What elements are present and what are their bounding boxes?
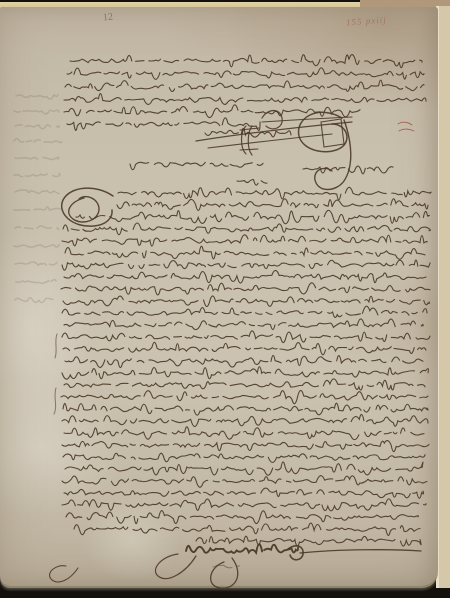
handwriting-line [64, 379, 425, 390]
bleed-through-line [14, 207, 60, 210]
bleed-through-line [14, 245, 59, 247]
handwriting-line [117, 199, 428, 211]
manuscript-scan: 12 155 pxiij [0, 0, 450, 598]
handwriting-line [64, 488, 424, 498]
signature-rule-line [300, 550, 421, 553]
handwriting-line [64, 270, 426, 283]
handwriting-line [66, 511, 418, 524]
handwriting-line [62, 235, 427, 246]
red-marginal-note [398, 122, 414, 131]
handwriting-line [63, 296, 430, 307]
margin-mark-1 [55, 334, 57, 358]
handwriting-line [62, 260, 430, 270]
handwriting-line [64, 319, 423, 330]
handwriting-line [67, 118, 260, 131]
handwriting-line [74, 523, 420, 535]
bleed-through-line [14, 173, 60, 176]
handwriting-line [63, 403, 428, 415]
bleed-through-line [15, 226, 59, 229]
handwriting-line [67, 68, 424, 79]
handwriting-line [70, 55, 422, 68]
signature-left-flourish [50, 566, 78, 582]
handwriting-line [65, 80, 424, 91]
handwriting-layer [0, 0, 450, 598]
handwriting-line [64, 94, 426, 105]
handwriting-line [64, 427, 424, 440]
handwriting-line [63, 453, 425, 462]
handwriting-line [63, 342, 426, 354]
handwriting-line [65, 462, 423, 475]
handwriting-line [196, 536, 421, 546]
handwriting-line [62, 367, 428, 380]
handwriting-line [65, 246, 425, 259]
handwriting-line [62, 306, 427, 317]
handwriting-line [64, 105, 360, 118]
margin-mark-2 [54, 388, 56, 414]
handwriting-line [62, 331, 430, 343]
bleed-through-line [15, 157, 59, 159]
bleed-through-line [14, 110, 59, 114]
handwriting-line [63, 223, 430, 235]
handwriting-line [237, 180, 267, 186]
bleed-through-line [16, 95, 58, 99]
paraph-vertical-2 [248, 126, 252, 155]
signature-stroke [186, 544, 298, 553]
handwriting-line [62, 499, 426, 511]
handwriting-line [62, 476, 427, 488]
bleed-through-line [15, 262, 57, 265]
signature-descender-loop-2 [155, 554, 196, 579]
handwriting-line [76, 210, 429, 224]
handwriting-line [118, 187, 431, 199]
bleed-through-line [15, 125, 59, 129]
handwriting-line [61, 283, 430, 295]
bleed-through-line [16, 280, 56, 284]
handwriting-line [62, 441, 429, 452]
signature-descender-loop-1 [211, 558, 238, 588]
bleed-through-line [15, 298, 53, 303]
handwriting-line [65, 355, 423, 367]
handwriting-line [130, 162, 263, 169]
handwriting-line [61, 390, 428, 403]
bleed-through-line [15, 190, 59, 194]
handwriting-line [62, 414, 428, 426]
bleed-through-line [14, 139, 62, 143]
